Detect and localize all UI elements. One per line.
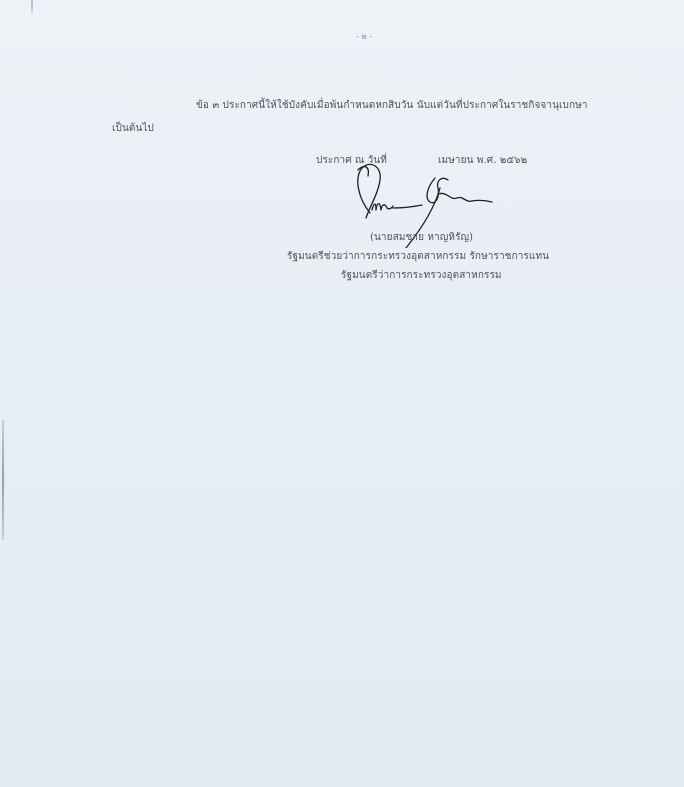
scanned-document-page: - ๒ - ข้อ ๓ ประกาศนี้ให้ใช้บังคับเมื่อพ้… (0, 0, 684, 787)
scan-edge-mark (31, 0, 33, 14)
signatory-title-line-2: รัฐมนตรีว่าการกระทรวงอุตสาหกรรม (341, 268, 502, 283)
scan-edge-mark (2, 420, 4, 540)
signatory-title-line-1: รัฐมนตรีช่วยว่าการกระทรวงอุตสาหกรรม รักษ… (287, 249, 549, 264)
page-number: - ๒ - (356, 30, 372, 43)
signatory-name: (นายสมชาย หาญหิรัญ) (370, 230, 473, 245)
clause-text-line-1: ข้อ ๓ ประกาศนี้ให้ใช้บังคับเมื่อพ้นกำหนด… (196, 98, 588, 113)
clause-text-line-2: เป็นต้นไป (112, 121, 154, 136)
